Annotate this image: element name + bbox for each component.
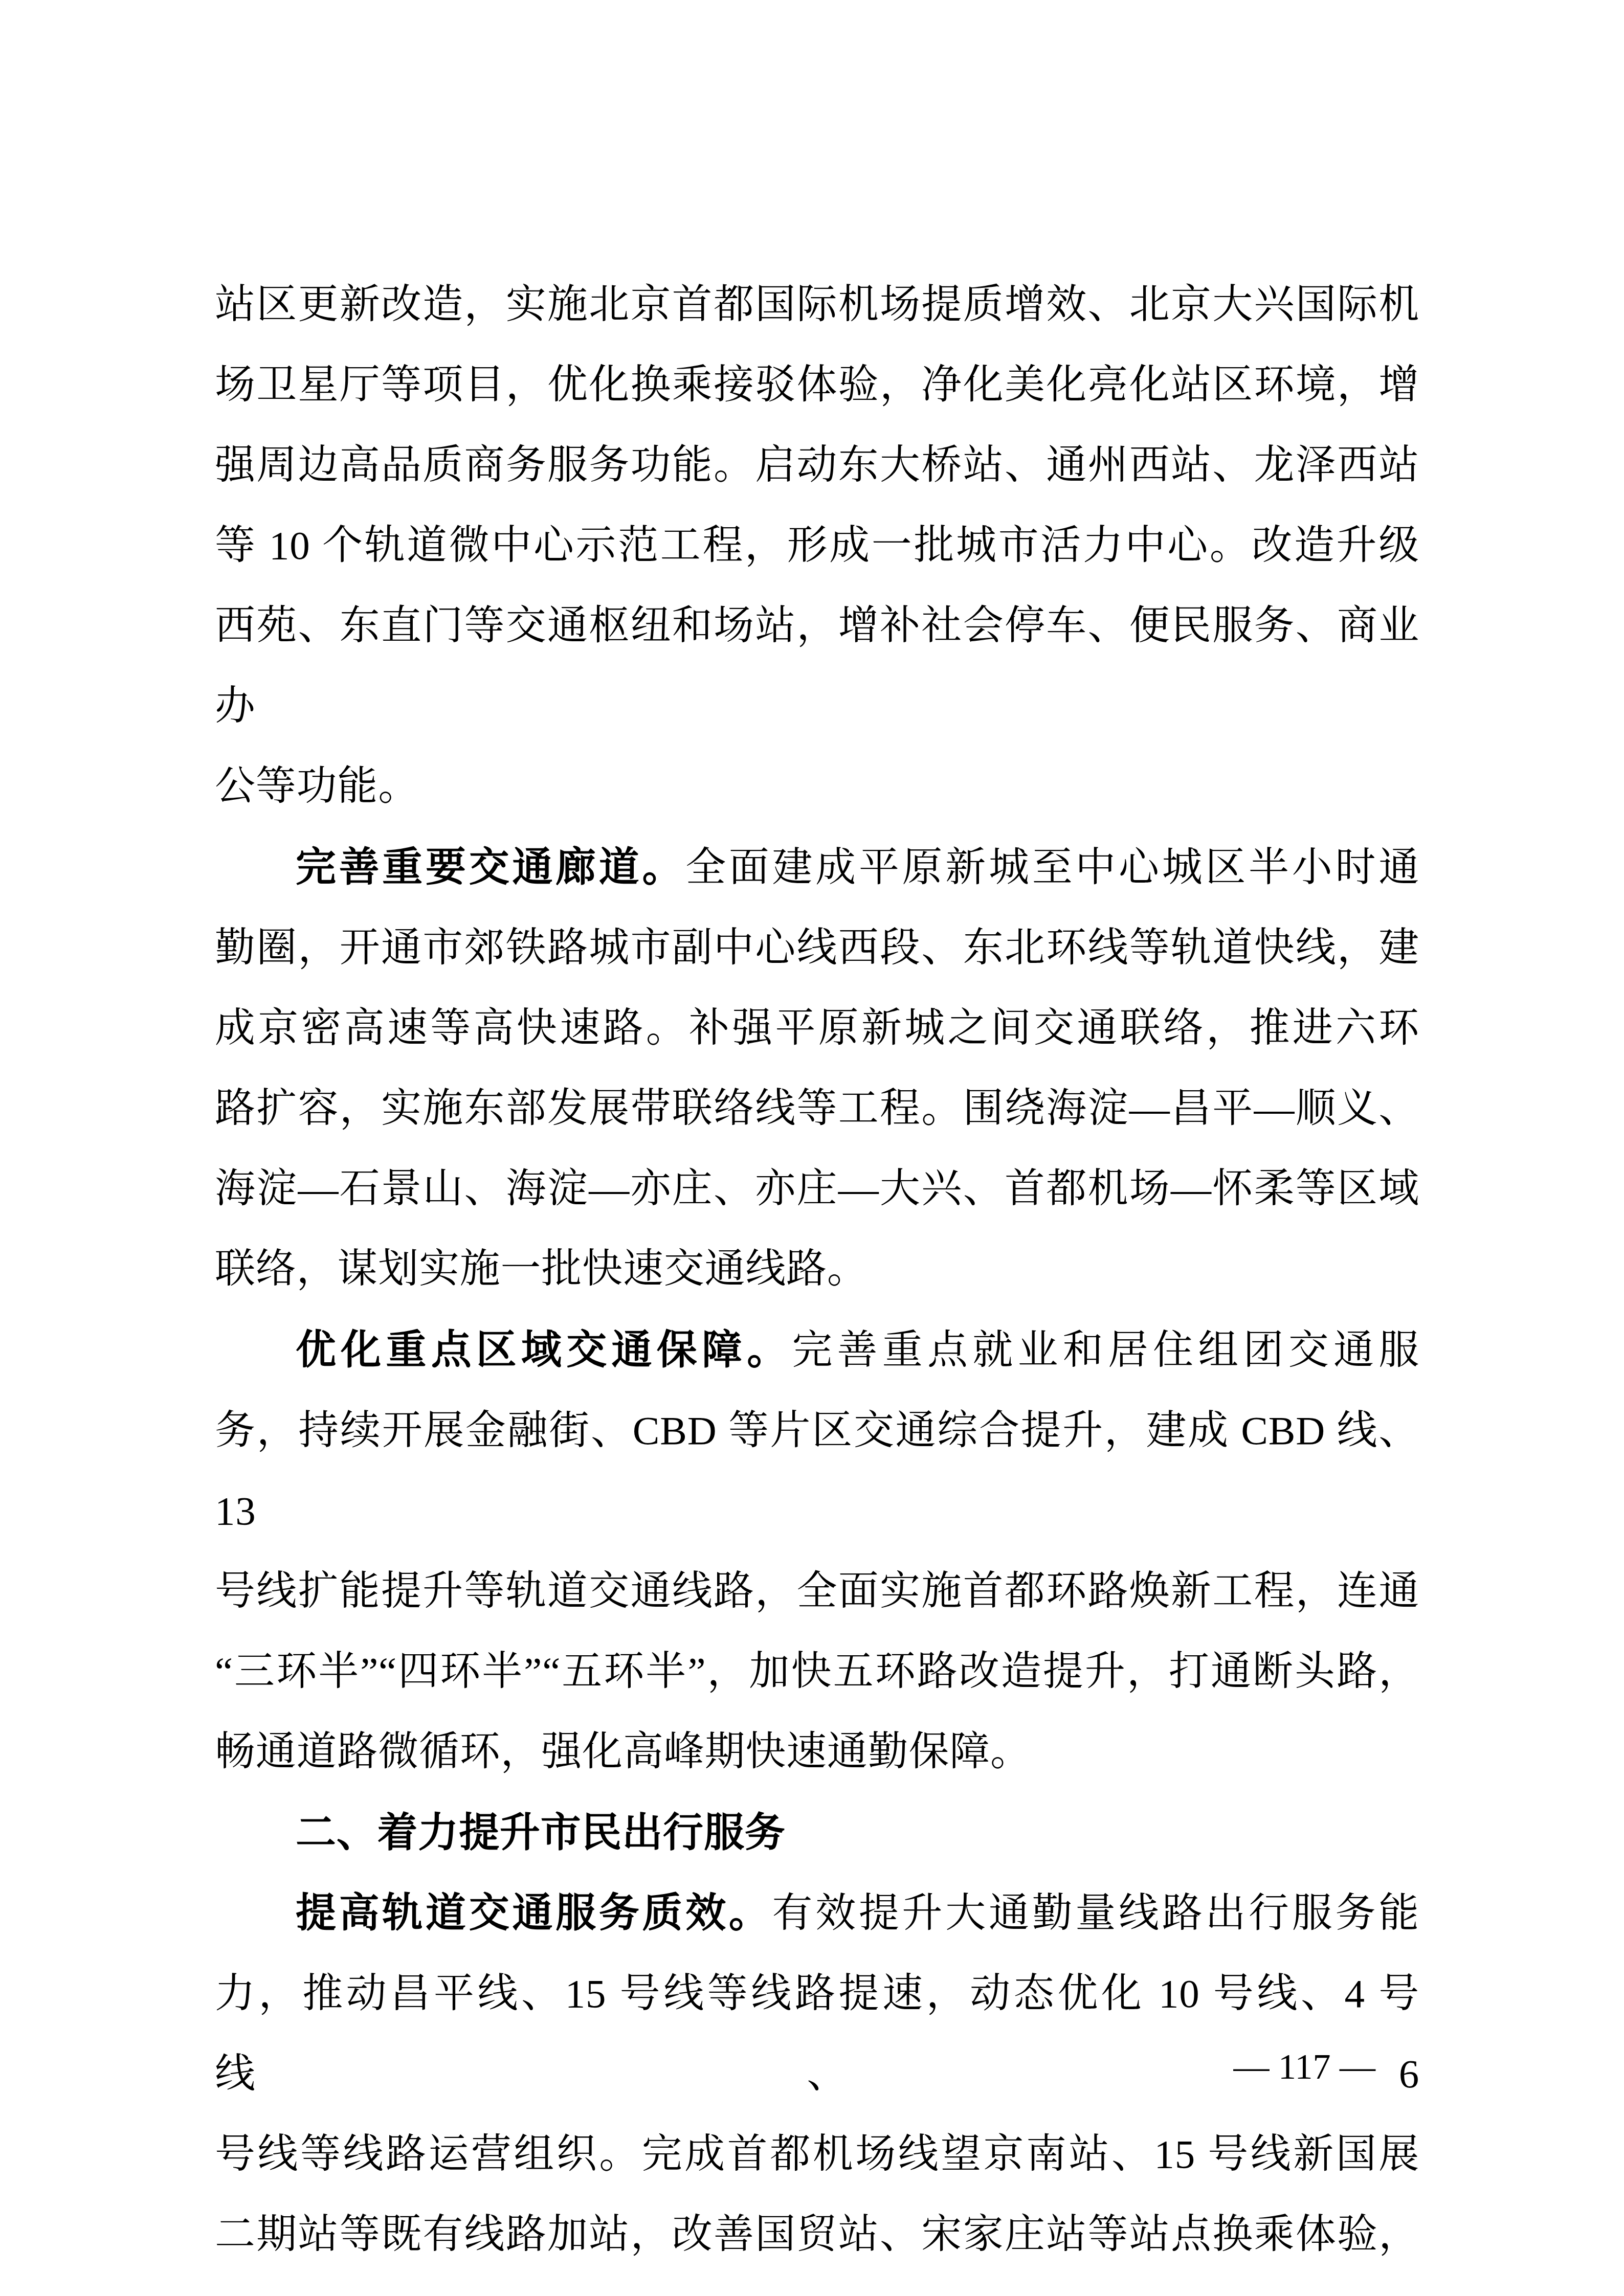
document-body: 站区更新改造，实施北京首都国际机场提质增效、北京大兴国际机场卫星厅等项目，优化换… (215, 265, 1419, 2275)
text-line: 二期站等既有线路加站，改善国贸站、宋家庄站等站点换乘体验， (215, 2195, 1419, 2275)
text-line: 西苑、东直门等交通枢纽和场站，增补社会停车、便民服务、商业办 (215, 586, 1419, 747)
text-line: 二、着力提升市民出行服务 (215, 1792, 1419, 1873)
section-heading: 二、着力提升市民出行服务 (215, 1792, 1419, 1873)
paragraph: 完善重要交通廊道。全面建成平原新城至中心城区半小时通勤圈，开通市郊铁路城市副中心… (215, 827, 1419, 1310)
text-line: 完善重要交通廊道。全面建成平原新城至中心城区半小时通 (215, 827, 1419, 908)
text-line: 勤圈，开通市郊铁路城市副中心线西段、东北环线等轨道快线，建 (215, 908, 1419, 988)
text-line: 场卫星厅等项目，优化换乘接驳体验，净化美化亮化站区环境，增 (215, 345, 1419, 425)
document-page: 站区更新改造，实施北京首都国际机场提质增效、北京大兴国际机场卫星厅等项目，优化换… (0, 0, 1624, 2296)
lead-phrase: 提高轨道交通服务质效。 (296, 1890, 772, 1935)
text-line: 站区更新改造，实施北京首都国际机场提质增效、北京大兴国际机 (215, 265, 1419, 345)
lead-phrase: 完善重要交通廊道。 (296, 844, 685, 890)
text-line: 优化重点区域交通保障。完善重点就业和居住组团交通服 (215, 1310, 1419, 1391)
text-line: 务，持续开展金融街、CBD 等片区交通综合提升，建成 CBD 线、13 (215, 1391, 1419, 1551)
text-line: 号线扩能提升等轨道交通线路，全面实施首都环路焕新工程，连通 (215, 1551, 1419, 1632)
text-line: 号线等线路运营组织。完成首都机场线望京南站、15 号线新国展 (215, 2114, 1419, 2195)
text-line: 成京密高速等高快速路。补强平原新城之间交通联络，推进六环 (215, 988, 1419, 1069)
text-line: 提高轨道交通服务质效。有效提升大通勤量线路出行服务能 (215, 1873, 1419, 1954)
text-line: 公等功能。 (215, 747, 1419, 827)
text-line: 联络，谋划实施一批快速交通线路。 (215, 1229, 1419, 1310)
text-line: 路扩容，实施东部发展带联络线等工程。围绕海淀—昌平—顺义、 (215, 1069, 1419, 1149)
paragraph: 站区更新改造，实施北京首都国际机场提质增效、北京大兴国际机场卫星厅等项目，优化换… (215, 265, 1419, 827)
text-line: 海淀—石景山、海淀—亦庄、亦庄—大兴、首都机场—怀柔等区域 (215, 1149, 1419, 1229)
text-line: 畅通道路微循环，强化高峰期快速通勤保障。 (215, 1712, 1419, 1792)
page-number: — 117 — (1234, 2039, 1375, 2096)
text-line: 强周边高品质商务服务功能。启动东大桥站、通州西站、龙泽西站 (215, 425, 1419, 506)
lead-phrase: 优化重点区域交通保障。 (296, 1327, 792, 1372)
text-line: “三环半”“四环半”“五环半”，加快五环路改造提升，打通断头路， (215, 1632, 1419, 1712)
paragraph: 优化重点区域交通保障。完善重点就业和居住组团交通服务，持续开展金融街、CBD 等… (215, 1310, 1419, 1792)
text-line: 等 10 个轨道微中心示范工程，形成一批城市活力中心。改造升级 (215, 506, 1419, 586)
